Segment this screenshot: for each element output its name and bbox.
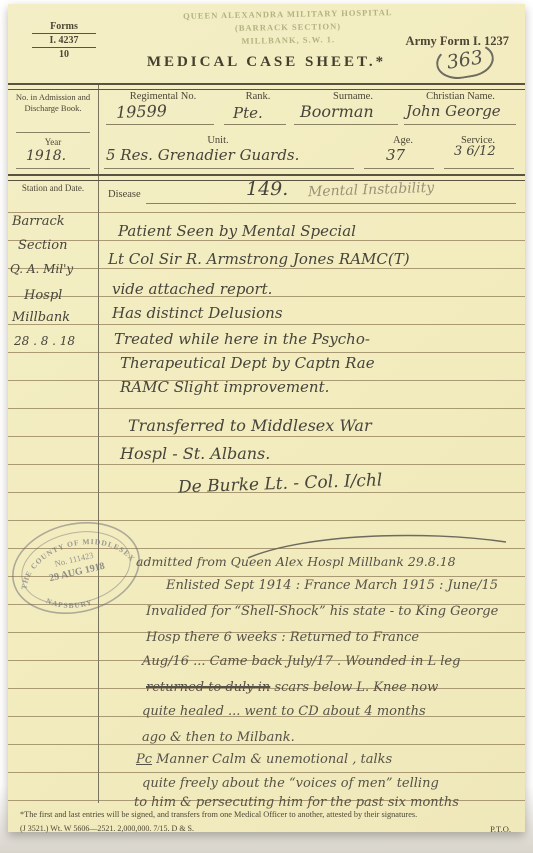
service-value: 3 6/12 bbox=[454, 144, 496, 159]
rule bbox=[104, 168, 354, 169]
regimental-no-value: 19599 bbox=[116, 101, 168, 122]
history-line: quite healed ... went to CD about 4 mont… bbox=[142, 704, 426, 719]
note-line: Has distinct Delusions bbox=[112, 304, 283, 322]
christian-name-value: John George bbox=[406, 102, 501, 120]
rule bbox=[106, 124, 214, 125]
unit-value: 5 Res. Grenadier Guards. bbox=[106, 146, 299, 164]
history-line: returned to duly in scars below L. Knee … bbox=[146, 680, 438, 695]
history-admitted: admitted from Queen Alex Hospl Millbank … bbox=[136, 554, 456, 569]
rank-value: Pte. bbox=[233, 104, 263, 122]
forms-box-line1: Forms bbox=[32, 20, 96, 34]
pto-label: P.T.O. bbox=[490, 824, 511, 834]
note-line: Therapeutical Dept by Captn Rae bbox=[120, 354, 375, 372]
hospital-ink-stamp: QUEEN ALEXANDRA MILITARY HOSPITAL (BARRA… bbox=[163, 6, 414, 49]
rule bbox=[16, 168, 90, 169]
surname-value: Boorman bbox=[300, 102, 374, 121]
year-value: 1918. bbox=[26, 148, 66, 164]
struck-text: returned to duly in bbox=[146, 680, 270, 695]
history-line: Enlisted Sept 1914 : France March 1915 :… bbox=[166, 578, 498, 593]
age-label: Age. bbox=[373, 135, 433, 146]
admission-book-label: No. in Admission and Discharge Book. bbox=[14, 92, 92, 114]
note-line: RAMC Slight improvement. bbox=[120, 378, 329, 396]
history-line: Aug/16 ... Came back July/17 . Wounded i… bbox=[142, 654, 460, 669]
age-value: 37 bbox=[386, 146, 405, 164]
history-line: Invalided for “Shell-Shock” his state - … bbox=[146, 604, 498, 619]
history-line: Hosp there 6 weeks : Returned to France bbox=[146, 630, 419, 645]
note-line: Patient Seen by Mental Special bbox=[118, 222, 356, 240]
margin-entry: Section bbox=[18, 238, 67, 253]
margin-entry: Millbank bbox=[12, 310, 70, 325]
column-divider bbox=[98, 84, 99, 803]
double-rule-top bbox=[8, 83, 525, 90]
history-line-rest: Manner Calm & unemotional , talks bbox=[152, 752, 392, 767]
footnote: *The first and last entries will be sign… bbox=[20, 810, 519, 819]
medical-case-sheet: Forms I. 4237 10 QUEEN ALEXANDRA MILITAR… bbox=[8, 4, 525, 832]
history-line: quite freely about the “voices of men” t… bbox=[142, 776, 439, 791]
unit-label: Unit. bbox=[158, 135, 278, 146]
margin-entry: Q. A. Mil'y bbox=[10, 262, 73, 276]
pc-label: Pc bbox=[136, 752, 152, 767]
print-code: (J 3521.) Wt. W 5606—2521. 2,000,000. 7/… bbox=[20, 824, 194, 833]
margin-entry: Hospl bbox=[24, 288, 62, 303]
rule bbox=[364, 168, 434, 169]
history-line-rest: scars below L. Knee now bbox=[270, 680, 438, 695]
forms-box-line2: I. 4237 bbox=[32, 34, 96, 48]
rule bbox=[444, 168, 514, 169]
christian-name-label: Christian Name. bbox=[403, 91, 518, 102]
rule bbox=[404, 124, 516, 125]
year-label: Year bbox=[14, 137, 92, 147]
margin-entry: 28 . 8 . 18 bbox=[14, 334, 75, 348]
note-line: Transferred to Middlesex War bbox=[128, 416, 372, 435]
disease-label: Disease bbox=[108, 189, 141, 200]
rule bbox=[294, 124, 398, 125]
disease-number: 149. bbox=[246, 178, 288, 200]
history-line: ago & then to Milbank. bbox=[142, 730, 295, 745]
history-line: to him & persecuting him for the past si… bbox=[134, 795, 459, 810]
history-line: Pc Manner Calm & unemotional , talks bbox=[136, 752, 392, 767]
rule bbox=[224, 124, 286, 125]
rank-label: Rank. bbox=[223, 91, 293, 102]
rule bbox=[16, 132, 90, 133]
rule bbox=[146, 203, 516, 204]
note-line: Lt Col Sir R. Armstrong Jones RAMC(T) bbox=[108, 250, 410, 268]
note-line: Treated while here in the Psycho- bbox=[114, 330, 370, 348]
note-line: Hospl - St. Albans. bbox=[120, 444, 270, 463]
surname-label: Surname. bbox=[298, 91, 408, 102]
station-date-label: Station and Date. bbox=[14, 183, 92, 195]
margin-entry: Barrack bbox=[12, 214, 65, 229]
note-line: vide attached report. bbox=[112, 280, 272, 298]
